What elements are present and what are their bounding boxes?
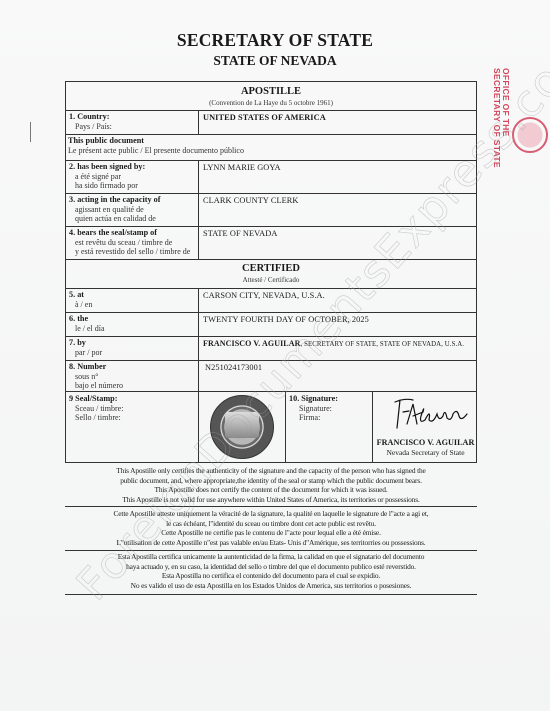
signer-name: FRANCISCO V. AGUILAR [373,438,478,447]
page-title: SECRETARY OF STATE [0,30,550,51]
notice-spanish: Esta Apostilla certifica unicamente la a… [65,552,477,591]
field-number-value: N251024173001 [205,363,262,372]
field-public-document-label: This public document Le présent acte pub… [68,136,244,155]
nevada-great-seal-icon [210,395,274,459]
certified-subtitle: Attesté / Certificado [66,276,476,284]
notice-french: Cette Apostille atteste uniquement la vé… [65,509,477,548]
divider [65,594,477,595]
notice-english: This Apostille only certifies the authen… [65,466,477,505]
field-seal-of-value: STATE OF NEVADA [203,229,277,238]
signer-role: Nevada Secretary of State [373,448,478,457]
field-by-name: FRANCISCO V. AGUILAR [203,339,301,348]
field-at-label: 5. at à / en [69,290,92,309]
field-date-label: 6. the le / el día [69,314,105,333]
field-seal-stamp-label: 9 Seal/Stamp: Sceau / timbre: Sello / ti… [69,394,123,423]
scan-mark [30,122,31,142]
certified-header: CERTIFIED Attesté / Certificado [66,263,476,284]
divider [65,506,477,507]
divider [65,550,477,551]
field-seal-of-label: 4. bears the seal/stamp of est revêtu du… [69,228,190,257]
field-country-value: UNITED STATES OF AMERICA [203,113,326,122]
red-seal-icon [512,117,548,153]
field-at-value: CARSON CITY, NEVADA, U.S.A. [203,291,325,300]
apostille-page: SECRETARY OF STATE STATE OF NEVADA APOST… [0,0,550,711]
field-number-label: 8. Number sous n° bajo el número [69,362,123,391]
field-date-value: TWENTY FOURTH DAY OF OCTOBER, 2025 [203,315,369,324]
apostille-title: APOSTILLE [66,86,476,97]
field-capacity-label: 3. acting in the capacity of agissant en… [69,195,160,224]
field-country-label: 1. Country: Pays / País: [69,112,112,131]
convention-text: (Convention de La Haye du 5 octobre 1961… [66,99,476,107]
field-capacity-value: CLARK COUNTY CLERK [203,196,299,205]
field-by-value: FRANCISCO V. AGUILAR, SECRETARY OF STATE… [203,339,464,348]
office-secretary-stamp: OFFICE OF THESECRETARY OF STATE [482,68,510,188]
apostille-header: APOSTILLE (Convention de La Haye du 5 oc… [66,86,476,107]
certified-title: CERTIFIED [66,263,476,274]
field-signed-by-label: 2. has been signed by: a été signé par h… [69,162,145,191]
page-subtitle: STATE OF NEVADA [0,53,550,69]
apostille-table: APOSTILLE (Convention de La Haye du 5 oc… [65,81,477,463]
field-signature-label: 10. Signature: Signature: Firma: [289,394,338,423]
field-signed-by-value: LYNN MARIE GOYA [203,163,281,172]
field-by-title: , SECRETARY OF STATE, STATE OF NEVADA, U… [301,341,465,348]
field-by-label: 7. by par / por [69,338,102,357]
signature-icon [391,394,471,434]
